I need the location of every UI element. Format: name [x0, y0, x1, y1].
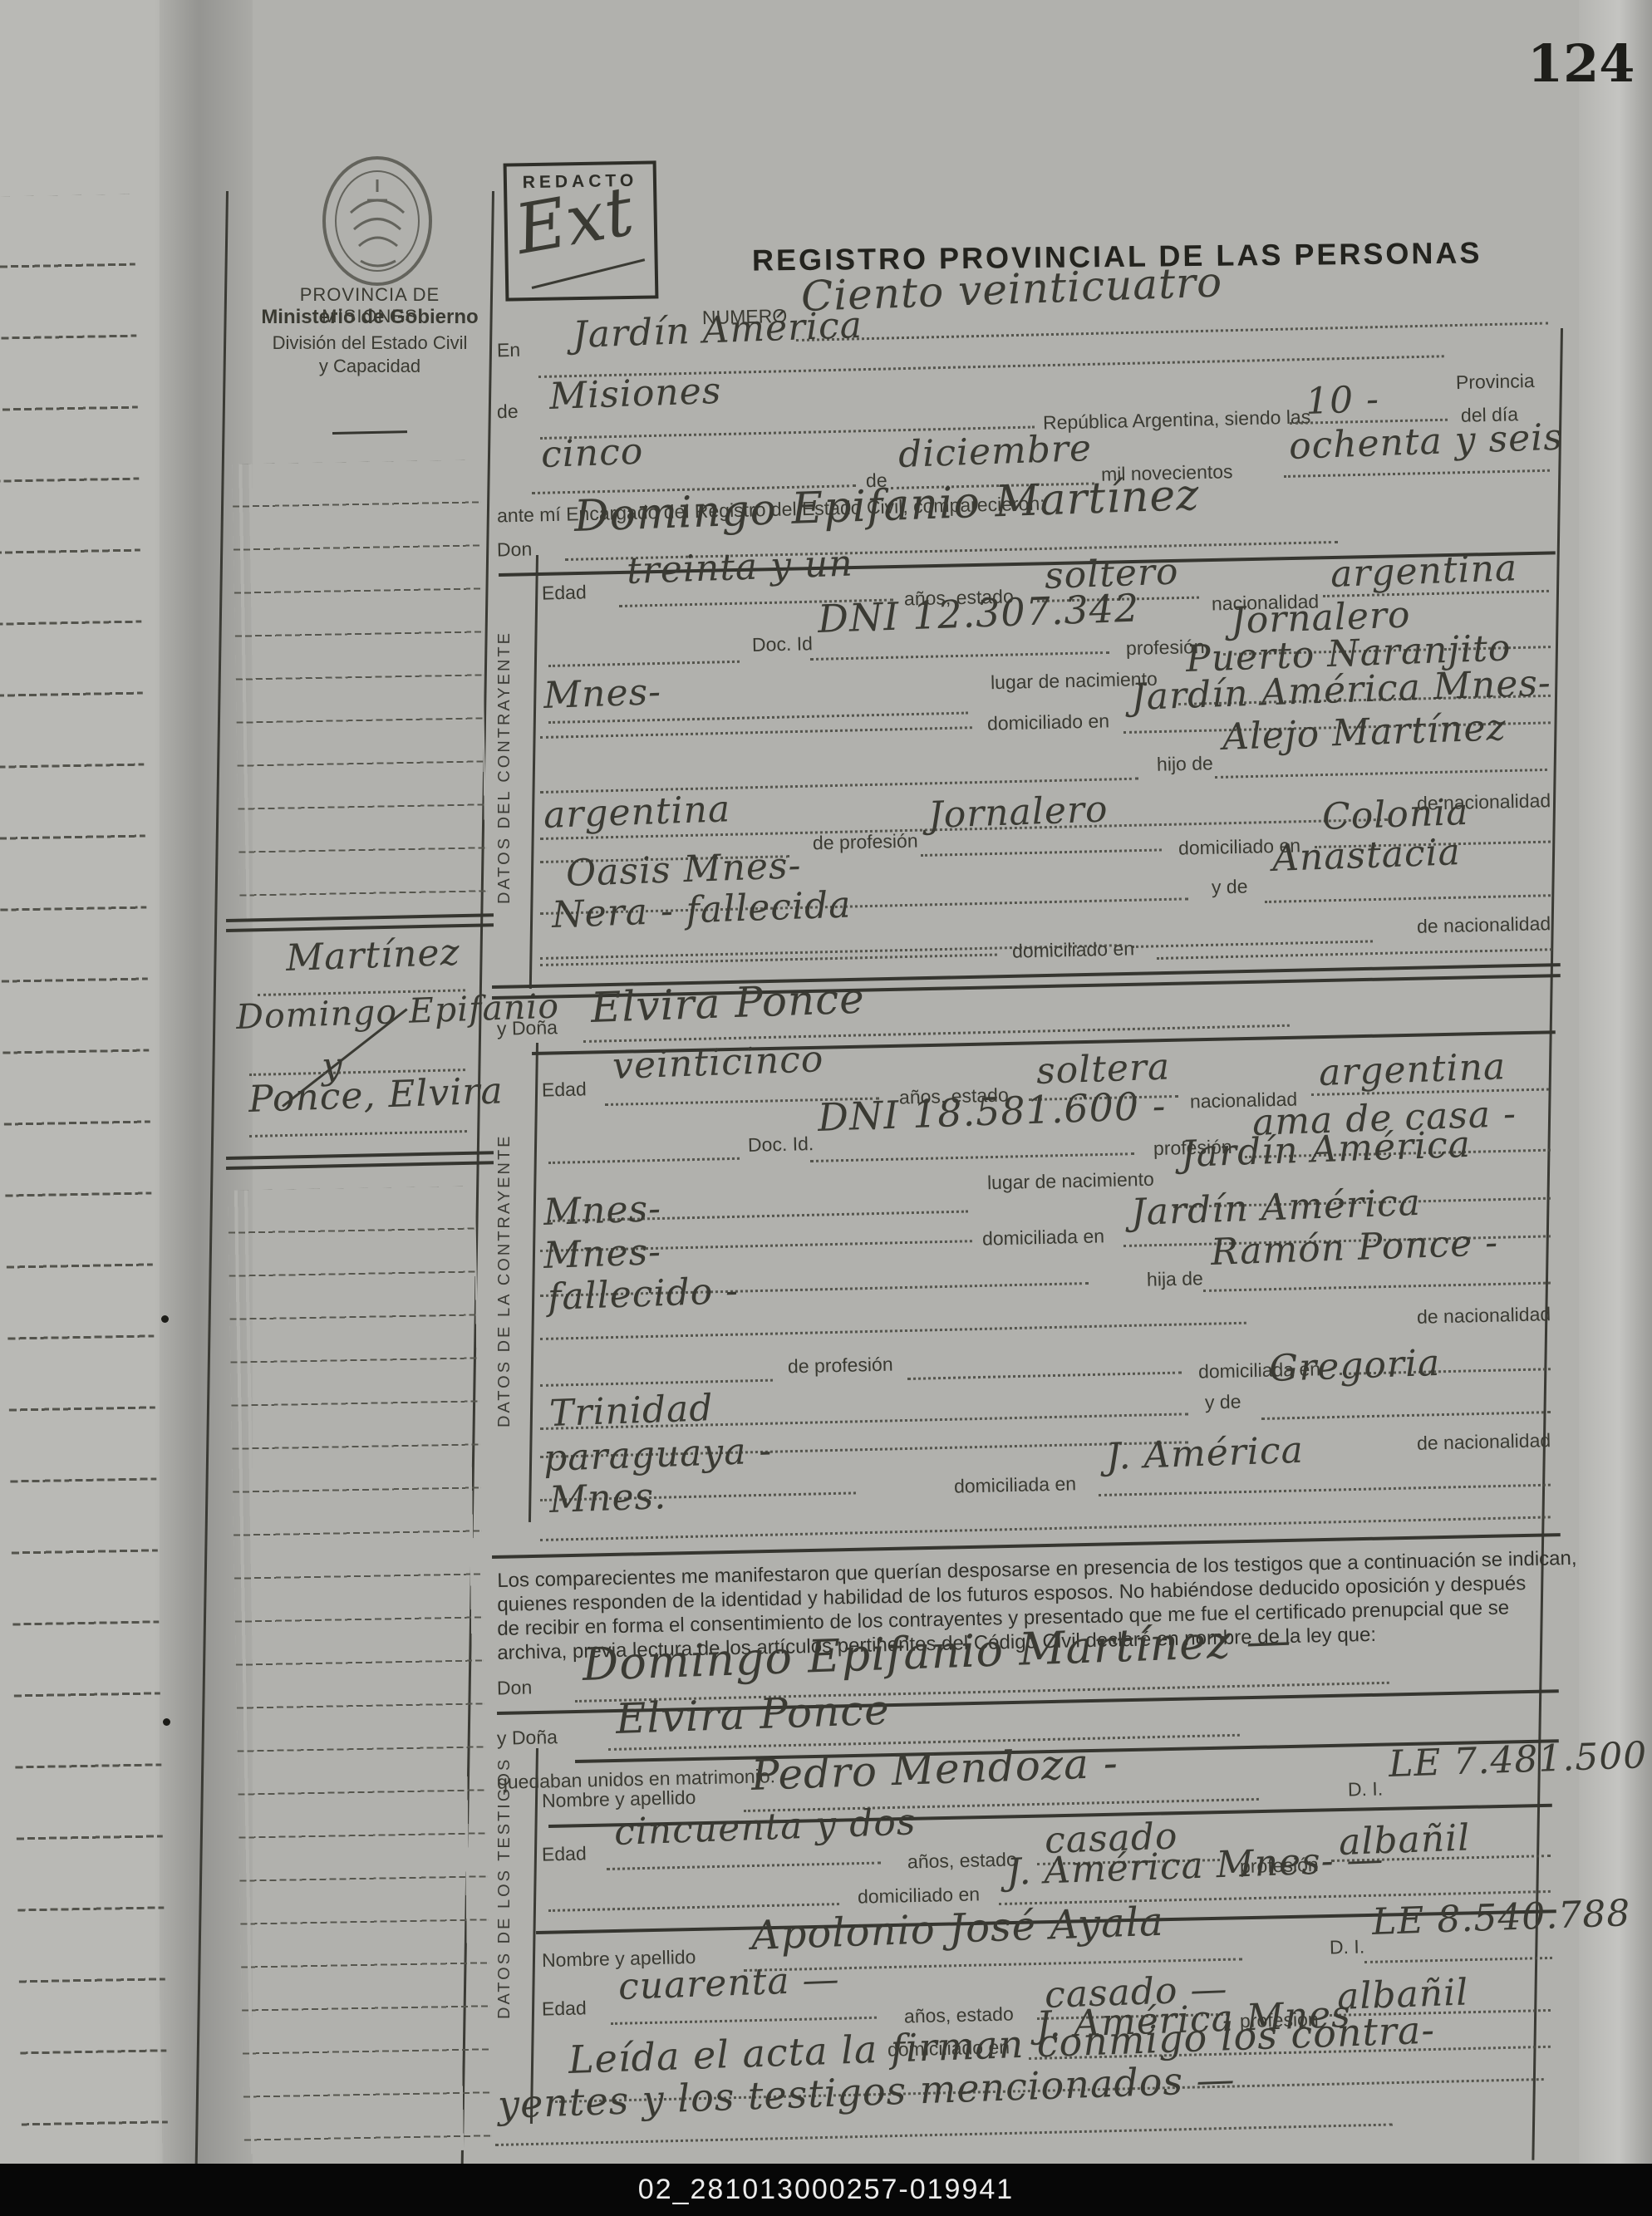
- hora-value: 10 -: [1305, 378, 1380, 423]
- w1-anos-label: años, estado: [907, 1849, 1017, 1874]
- bride-padre: Ramón Ponce -: [1210, 1221, 1499, 1274]
- fill-line: [495, 2123, 1393, 2146]
- numero-fill-line: [796, 322, 1548, 341]
- w2-nombre: Apolonio José Ayala: [750, 1899, 1164, 1959]
- groom-padre-prof-label: de profesión: [813, 830, 918, 855]
- fill-line: [810, 651, 1109, 661]
- dia-value: cinco: [540, 430, 644, 476]
- w1-dom-label: domiciliado en: [858, 1883, 981, 1908]
- seal-divider: [332, 430, 407, 435]
- groom-dom-label: domiciliado en: [987, 710, 1110, 735]
- w1-nombre-label: Nombre y apellido: [542, 1786, 696, 1812]
- groom-edad-label: Edad: [542, 581, 587, 604]
- fill-line: [1265, 894, 1551, 903]
- section-label-groom: DATOS DEL CONTRAYENTE: [495, 630, 514, 904]
- groom-padre-profesion: Jornalero: [927, 788, 1109, 837]
- groom-name: Domingo Epifanio Martínez: [573, 470, 1201, 542]
- fill-line: [907, 1372, 1182, 1380]
- groom-madre-nac-label: de nacionalidad: [1417, 912, 1551, 938]
- fill-line: [1203, 1282, 1551, 1292]
- groom-doc: DNI 12.307.342: [817, 586, 1140, 641]
- bride-hija-label: hija de: [1147, 1267, 1203, 1291]
- index-bride-name: Ponce, Elvira: [248, 1069, 504, 1121]
- groom-edad: treinta y un: [626, 543, 853, 592]
- mes-value: diciembre: [897, 427, 1093, 476]
- seal-office-capacity: y Capacidad: [249, 356, 490, 377]
- w1-di-label: D. I.: [1348, 1778, 1384, 1801]
- fill-line: [1284, 469, 1550, 478]
- bride-madre-domicilio: J. América: [1105, 1429, 1304, 1478]
- book-gutter-shadow: [155, 0, 253, 2216]
- fill-line: [611, 2017, 877, 2025]
- page-right-edge: [1579, 0, 1652, 2216]
- margin-ruled-lines-bottom: [228, 1186, 492, 2154]
- fill-line: [1261, 1411, 1551, 1420]
- declaration-don-label: Don: [497, 1677, 533, 1700]
- bride-dom-label: domiciliada en: [982, 1225, 1105, 1250]
- groom-box-rule: [529, 555, 538, 989]
- y-dona-label: y Doña: [497, 1016, 558, 1040]
- w2-edad: cuarenta —: [617, 1958, 840, 2008]
- binding-dot: [163, 1718, 170, 1726]
- de-label: de: [497, 400, 519, 424]
- anio-value: ochenta y seis: [1288, 416, 1563, 468]
- index-box-bottom-rule: [226, 1151, 494, 1160]
- bride-madre2: Trinidad: [548, 1387, 714, 1435]
- bride-doc-label: Doc. Id.: [748, 1133, 814, 1157]
- groom-padre-nacionalidad: argentina: [543, 788, 731, 837]
- groom-y-de-label: y de: [1212, 876, 1248, 899]
- scanned-marriage-act-page: 124 PROVINCIA DE MISIONES Ministerio de …: [0, 0, 1652, 2216]
- declaration-y-dona-label: y Doña: [497, 1726, 558, 1750]
- groom-padre: Alejo Martínez: [1222, 706, 1507, 759]
- bride-lugar: Jardín América: [1180, 1123, 1472, 1176]
- index-surname-groom: Martínez: [285, 931, 460, 980]
- index-box-bottom-rule2: [226, 1161, 494, 1170]
- binding-dot: [161, 1315, 169, 1323]
- fill-line: [1364, 1957, 1552, 1963]
- fill-line: [540, 1322, 1246, 1340]
- bride-box-rule: [529, 1043, 538, 1522]
- groom-madre-dom-label: domiciliado en: [1012, 937, 1135, 962]
- page-number: 124: [1527, 33, 1635, 94]
- w2-edad-label: Edad: [542, 1997, 587, 2020]
- groom-hijo-label: hijo de: [1157, 752, 1213, 776]
- groom-doc-label: Doc. Id: [752, 632, 813, 656]
- place-value: Jardín América: [572, 304, 863, 356]
- provincia-label: Provincia: [1456, 370, 1535, 394]
- bride-doc: DNI 18.581.600 -: [817, 1083, 1167, 1140]
- fill-line: [540, 726, 972, 739]
- scan-reference-code: 02_281013000257-019941: [0, 2174, 1652, 2206]
- w1-edad-label: Edad: [542, 1842, 587, 1865]
- bride-nacionalidad: argentina: [1318, 1045, 1507, 1094]
- index-fill-line: [249, 1130, 467, 1137]
- fill-line: [540, 1379, 773, 1387]
- margin-ruled-lines-top: [232, 459, 488, 919]
- fill-line: [1157, 948, 1552, 960]
- fill-line: [810, 1152, 1134, 1162]
- province-value: Misiones: [548, 370, 722, 418]
- witness-box-rule: [530, 1748, 538, 2124]
- fill-line: [921, 848, 1162, 857]
- form-right-rule: [1532, 328, 1563, 2160]
- bride-lugar2: Mnes-: [543, 1187, 662, 1234]
- w1-nombre: Pedro Mendoza -: [750, 1739, 1119, 1800]
- bride-madre: Gregoria: [1268, 1342, 1441, 1390]
- fill-line: [1215, 769, 1547, 779]
- fill-line: [1132, 940, 1373, 948]
- fill-line: [607, 1862, 881, 1870]
- bride-madre-domicilio2: Mnes.: [548, 1475, 667, 1521]
- bride-padre-prof-label: de profesión: [788, 1354, 893, 1378]
- don-label: Don: [497, 538, 533, 562]
- bride-madre-nacionalidad: paraguaya -: [543, 1429, 773, 1480]
- bride-padre2: fallecido -: [547, 1270, 740, 1319]
- bride-lugar-label: lugar de nacimiento: [987, 1168, 1154, 1195]
- w1-doc: LE 7.481.500: [1388, 1734, 1648, 1786]
- groom-lugar2: Mnes-: [543, 671, 662, 717]
- bride-y-de-label: y de: [1205, 1391, 1241, 1414]
- declaration-bride-name: Elvira Ponce: [615, 1686, 891, 1743]
- scan-footer-bar: 02_281013000257-019941: [0, 2164, 1652, 2216]
- en-label: En: [497, 339, 521, 362]
- bride-edad: veinticinco: [612, 1038, 824, 1088]
- seal-office-ministry: Ministerio de Gobierno: [249, 306, 490, 329]
- w2-di-label: D. I.: [1330, 1936, 1365, 1959]
- section-label-bride: DATOS DE LA CONTRAYENTE: [495, 1137, 514, 1427]
- bride-domicilio2: Mnes-: [543, 1231, 662, 1277]
- fill-line: [548, 661, 740, 667]
- bride-name: Elvira Ponce: [590, 975, 866, 1032]
- w2-doc: LE 8.540.788: [1371, 1892, 1631, 1943]
- seal-office-division: División del Estado Civil: [249, 332, 490, 354]
- fill-line: [548, 1157, 740, 1164]
- provincial-seal-stamp-icon: [317, 155, 438, 292]
- groom-nacionalidad: argentina: [1330, 547, 1518, 596]
- groom-madre: Anastacia: [1271, 831, 1461, 880]
- bride-padre-nac-label: de nacionalidad: [1417, 1303, 1551, 1329]
- bride-madre-nac-label: de nacionalidad: [1417, 1429, 1551, 1455]
- bride-edad-label: Edad: [542, 1078, 587, 1101]
